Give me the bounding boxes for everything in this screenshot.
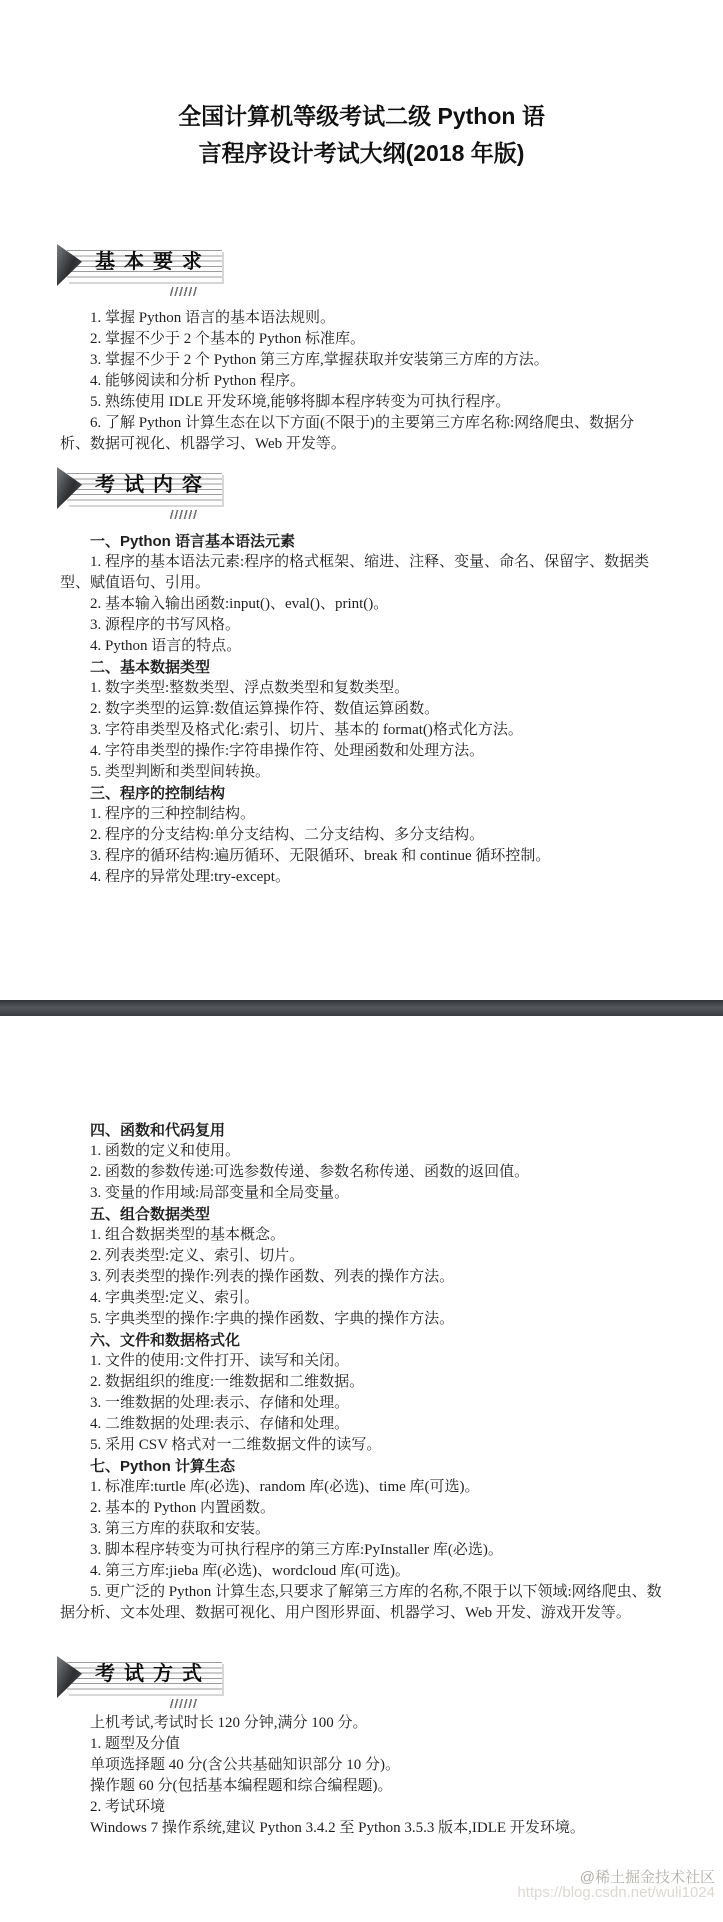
list-item: 1. 文件的使用:文件打开、读写和关闭。 (60, 1351, 663, 1372)
content-group-4: 四、函数和代码复用 1. 函数的定义和使用。 2. 函数的参数传递:可选参数传递… (60, 1120, 663, 1204)
list-item: 2. 掌握不少于 2 个基本的 Python 标准库。 (60, 329, 663, 350)
list-item: 3. 第三方库的获取和安装。 (60, 1519, 663, 1540)
hatch-icon (169, 287, 197, 296)
section-heading-text: 基本要求 (95, 247, 211, 277)
list-item: 2. 程序的分支结构:单分支结构、二分支结构、多分支结构。 (60, 825, 663, 846)
list-item: 5. 类型判断和类型间转换。 (60, 762, 663, 783)
list-item: 3. 一维数据的处理:表示、存储和处理。 (60, 1393, 663, 1414)
hatch-icon (169, 510, 197, 519)
list-item: 1. 函数的定义和使用。 (60, 1141, 663, 1162)
section-heading-text: 考试方式 (95, 1659, 211, 1689)
section-heading-text: 考试内容 (95, 470, 211, 500)
list-item: 2. 考试环境 (60, 1797, 663, 1818)
content-group-1: 一、Python 语言基本语法元素 1. 程序的基本语法元素:程序的格式框架、缩… (60, 531, 663, 657)
content-group-6: 六、文件和数据格式化 1. 文件的使用:文件打开、读写和关闭。 2. 数据组织的… (60, 1330, 663, 1456)
list-item: 4. 程序的异常处理:try-except。 (60, 867, 663, 888)
group-heading: 五、组合数据类型 (60, 1204, 663, 1225)
content-group-7: 七、Python 计算生态 1. 标准库:turtle 库(必选)、random… (60, 1456, 663, 1624)
list-item: 4. 能够阅读和分析 Python 程序。 (60, 371, 663, 392)
list-item: 1. 题型及分值 (60, 1734, 663, 1755)
list-item: 5. 字典类型的操作:字典的操作函数、字典的操作方法。 (60, 1309, 663, 1330)
content-group-3: 三、程序的控制结构 1. 程序的三种控制结构。 2. 程序的分支结构:单分支结构… (60, 783, 663, 888)
group-heading: 二、基本数据类型 (60, 657, 663, 678)
content-group-2: 二、基本数据类型 1. 数字类型:整数类型、浮点数类型和复数类型。 2. 数字类… (60, 657, 663, 783)
list-item: 3. 掌握不少于 2 个 Python 第三方库,掌握获取并安装第三方库的方法。 (60, 350, 663, 371)
page-separator (0, 1000, 723, 1016)
list-item: 单项选择题 40 分(含公共基础知识部分 10 分)。 (60, 1755, 663, 1776)
list-item: 3. 变量的作用域:局部变量和全局变量。 (60, 1183, 663, 1204)
list-item: 5. 熟练使用 IDLE 开发环境,能够将脚本程序转变为可执行程序。 (60, 392, 663, 413)
list-item: 3. 程序的循环结构:遍历循环、无限循环、break 和 continue 循环… (60, 846, 663, 867)
group-heading: 四、函数和代码复用 (60, 1120, 663, 1141)
page-title-line2: 言程序设计考试大纲(2018 年版) (199, 140, 525, 166)
list-item: 4. 二维数据的处理:表示、存储和处理。 (60, 1414, 663, 1435)
list-item: 2. 基本输入输出函数:input()、eval()、print()。 (60, 594, 663, 615)
list-item: 3. 源程序的书写风格。 (60, 615, 663, 636)
list-item: 2. 数据组织的维度:一维数据和二维数据。 (60, 1372, 663, 1393)
list-item: 4. 字符串类型的操作:字符串操作符、处理函数和处理方法。 (60, 741, 663, 762)
watermark: @稀土掘金技术社区 https://blog.csdn.net/wuli1024 (517, 1869, 715, 1902)
list-item: 上机考试,考试时长 120 分钟,满分 100 分。 (60, 1713, 663, 1734)
list-item: 5. 采用 CSV 格式对一二维数据文件的读写。 (60, 1435, 663, 1456)
section-header-exam-method: 考试方式 (57, 1654, 297, 1700)
list-item: 3. 脚本程序转变为可执行程序的第三方库:PyInstaller 库(必选)。 (60, 1540, 663, 1561)
list-item: 1. 程序的三种控制结构。 (60, 804, 663, 825)
list-item: 2. 数字类型的运算:数值运算操作符、数值运算函数。 (60, 699, 663, 720)
list-item: 4. 字典类型:定义、索引。 (60, 1288, 663, 1309)
group-heading: 三、程序的控制结构 (60, 783, 663, 804)
list-item: 1. 组合数据类型的基本概念。 (60, 1225, 663, 1246)
basic-requirements-list: 1. 掌握 Python 语言的基本语法规则。 2. 掌握不少于 2 个基本的 … (60, 308, 663, 455)
section-header-basic-requirements: 基本要求 (57, 242, 297, 288)
list-item: 3. 字符串类型及格式化:索引、切片、基本的 format()格式化方法。 (60, 720, 663, 741)
list-item: 6. 了解 Python 计算生态在以下方面(不限于)的主要第三方库名称:网络爬… (60, 413, 663, 455)
exam-content-page1-groups: 一、Python 语言基本语法元素 1. 程序的基本语法元素:程序的格式框架、缩… (60, 531, 663, 888)
list-item: 操作题 60 分(包括基本编程题和综合编程题)。 (60, 1776, 663, 1797)
list-item: 5. 更广泛的 Python 计算生态,只要求了解第三方库的名称,不限于以下领域… (60, 1582, 663, 1624)
list-item: 1. 掌握 Python 语言的基本语法规则。 (60, 308, 663, 329)
list-item: 1. 程序的基本语法元素:程序的格式框架、缩进、注释、变量、命名、保留字、数据类… (60, 552, 663, 594)
page-content: 全国计算机等级考试二级 Python 语 言程序设计考试大纲(2018 年版) … (0, 98, 723, 888)
exam-content-page2-groups: 四、函数和代码复用 1. 函数的定义和使用。 2. 函数的参数传递:可选参数传递… (60, 1120, 663, 1624)
content-group-5: 五、组合数据类型 1. 组合数据类型的基本概念。 2. 列表类型:定义、索引、切… (60, 1204, 663, 1330)
list-item: 2. 列表类型:定义、索引、切片。 (60, 1246, 663, 1267)
section-header-exam-content: 考试内容 (57, 465, 297, 511)
list-item: 2. 函数的参数传递:可选参数传递、参数名称传递、函数的返回值。 (60, 1162, 663, 1183)
exam-method-list: 上机考试,考试时长 120 分钟,满分 100 分。 1. 题型及分值 单项选择… (60, 1713, 663, 1839)
list-item: 4. 第三方库:jieba 库(必选)、wordcloud 库(可选)。 (60, 1561, 663, 1582)
hatch-icon (169, 1699, 197, 1708)
list-item: 2. 基本的 Python 内置函数。 (60, 1498, 663, 1519)
document-page: 全国计算机等级考试二级 Python 语 言程序设计考试大纲(2018 年版) … (0, 0, 723, 1922)
page2-content: 四、函数和代码复用 1. 函数的定义和使用。 2. 函数的参数传递:可选参数传递… (0, 1120, 723, 1839)
group-heading: 七、Python 计算生态 (60, 1456, 663, 1477)
group-heading: 六、文件和数据格式化 (60, 1330, 663, 1351)
list-item: 4. Python 语言的特点。 (60, 636, 663, 657)
group-heading: 一、Python 语言基本语法元素 (60, 531, 663, 552)
page-title-line1: 全国计算机等级考试二级 Python 语 (178, 103, 545, 129)
page-title: 全国计算机等级考试二级 Python 语 言程序设计考试大纲(2018 年版) (80, 98, 643, 172)
list-item: 3. 列表类型的操作:列表的操作函数、列表的操作方法。 (60, 1267, 663, 1288)
list-item: 1. 数字类型:整数类型、浮点数类型和复数类型。 (60, 678, 663, 699)
watermark-url: https://blog.csdn.net/wuli1024 (517, 1884, 715, 1902)
list-item: 1. 标准库:turtle 库(必选)、random 库(必选)、time 库(… (60, 1477, 663, 1498)
list-item: Windows 7 操作系统,建议 Python 3.4.2 至 Python … (60, 1818, 663, 1839)
